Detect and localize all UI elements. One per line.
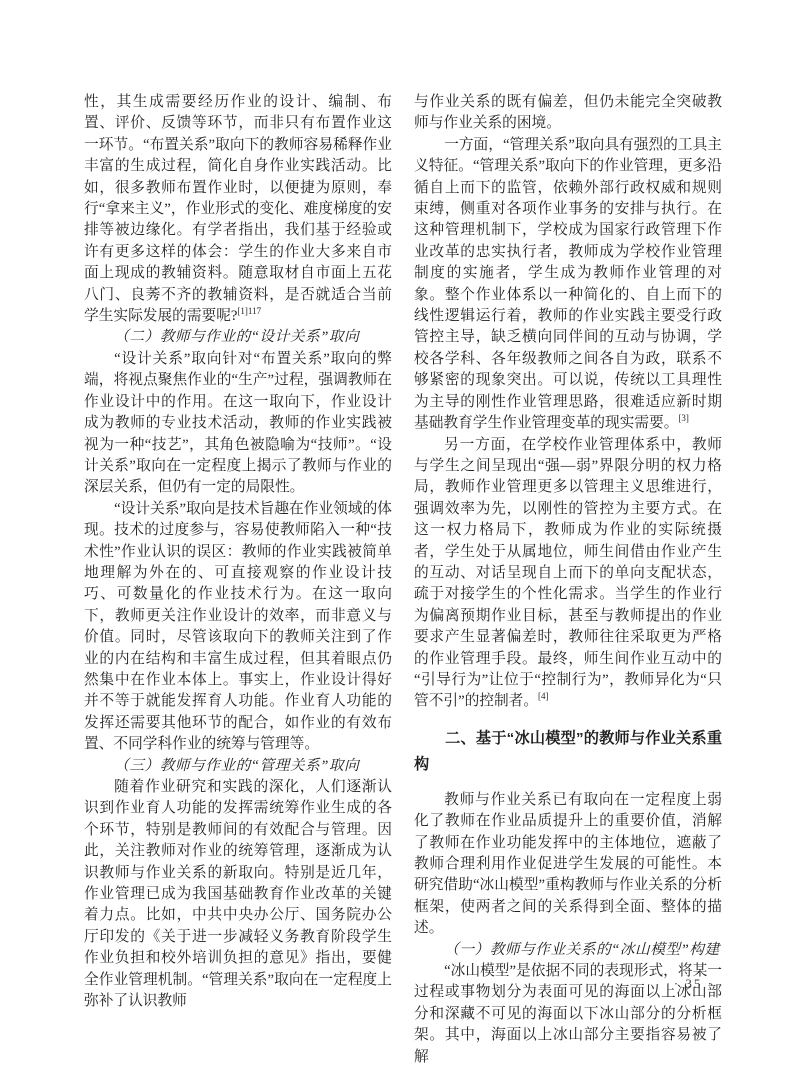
right-column: 与作业关系的既有偏差，但仍未能完全突破教师与作业关系的困境。一方面，“管理关系”… [414,92,722,1068]
paragraph: 另一方面，在学校作业管理体系中，教师与学生之间呈现出“强—弱”界限分明的权力格局… [414,435,722,713]
citation-superscript: [1]117 [237,306,261,316]
paragraph: 随着作业研究和实践的深化，人们逐渐认识到作业育人功能的发挥需统筹作业生成的各个环… [84,777,392,1012]
paragraph: “设计关系”取向针对“布置关系”取向的弊端，将视点聚焦作业的“生产”过程，强调教… [84,349,392,499]
article-body: 性，其生成需要经历作业的设计、编制、布置、评价、反馈等环节，而非只有布置作业这一… [84,92,722,1068]
paragraph: 一方面，“管理关系”取向具有强烈的工具主义特征。“管理关系”取向下的作业管理，更… [414,135,722,435]
paragraph: 与作业关系的既有偏差，但仍未能完全突破教师与作业关系的困境。 [414,92,722,135]
subheading: （二）教师与作业的“设计关系”取向 [84,327,392,348]
citation-superscript: [4] [538,691,549,701]
paragraph: 教师与作业关系已有取向在一定程度上弱化了教师在作业品质提升上的重要价值，消解了教… [414,790,722,940]
page-number: · 35 · [674,976,714,992]
section-heading: 二、基于“冰山模型”的教师与作业关系重构 [414,726,722,778]
paragraph: “设计关系”取向是技术旨趣在作业领域的体现。技术的过度参与，容易使教师陷入一种“… [84,499,392,756]
journal-page: 性，其生成需要经历作业的设计、编制、布置、评价、反馈等环节，而非只有布置作业这一… [0,0,800,1077]
subheading: （一）教师与作业关系的“冰山模型”构建 [414,940,722,961]
paragraph: 性，其生成需要经历作业的设计、编制、布置、评价、反馈等环节，而非只有布置作业这一… [84,92,392,327]
left-column: 性，其生成需要经历作业的设计、编制、布置、评价、反馈等环节，而非只有布置作业这一… [84,92,392,1068]
subheading: （三）教师与作业的“管理关系”取向 [84,756,392,777]
citation-superscript: [3] [678,413,689,423]
